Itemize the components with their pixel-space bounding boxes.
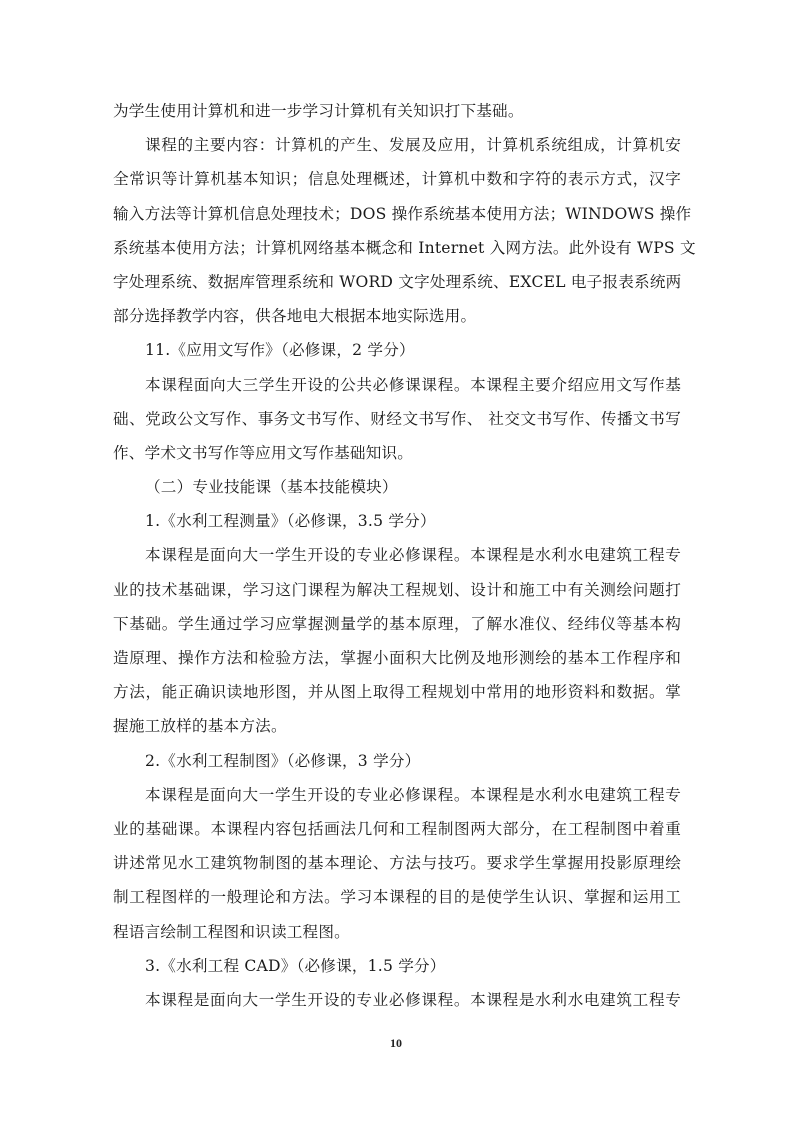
course-heading-surveying: 1.《水利工程测量》（必修课，3.5 学分） <box>113 504 681 538</box>
course-heading-applied-writing: 11.《应用文写作》（必修课，2 学分） <box>113 333 681 367</box>
body-line: 本课程是面向大一学生开设的专业必修课程。本课程是水利水电建筑工程专 <box>113 778 681 812</box>
body-line: 本课程面向大三学生开设的公共必修课课程。本课程主要介绍应用文写作基 <box>113 368 681 402</box>
body-line: 下基础。学生通过学习应掌握测量学的基本原理，了解水准仪、经纬仪等基本构 <box>113 607 681 641</box>
body-line: 输入方法等计算机信息处理技术；DOS 操作系统基本使用方法；WINDOWS 操作 <box>113 197 681 231</box>
document-page: 为学生使用计算机和进一步学习计算机有关知识打下基础。 课程的主要内容：计算机的产… <box>113 94 681 1017</box>
body-line: 系统基本使用方法；计算机网络基本概念和 Internet 入网方法。此外设有 W… <box>113 231 681 265</box>
body-line: 部分选择教学内容，供各地电大根据本地实际选用。 <box>113 299 681 333</box>
page-number: 10 <box>0 1036 792 1051</box>
body-line: 课程的主要内容：计算机的产生、发展及应用，计算机系统组成，计算机安 <box>113 128 681 162</box>
body-line: 握施工放样的基本方法。 <box>113 709 681 743</box>
body-line: 础、党政公文写作、事务文书写作、财经文书写作、 社交文书写作、传播文书写 <box>113 402 681 436</box>
body-line: 程语言绘制工程图和识读工程图。 <box>113 915 681 949</box>
body-line: 业的基础课。本课程内容包括画法几何和工程制图两大部分，在工程制图中着重 <box>113 812 681 846</box>
section-heading-professional-skills: （二）专业技能课（基本技能模块） <box>113 470 681 504</box>
body-line: 全常识等计算机基本知识；信息处理概述，计算机中数和字符的表示方式，汉字 <box>113 162 681 196</box>
body-line: 制工程图样的一般理论和方法。学习本课程的目的是使学生认识、掌握和运用工 <box>113 880 681 914</box>
course-heading-cad: 3.《水利工程 CAD》（必修课，1.5 学分） <box>113 949 681 983</box>
body-line: 造原理、操作方法和检验方法，掌握小面积大比例及地形测绘的基本工作程序和 <box>113 641 681 675</box>
body-line: 字处理系统、数据库管理系统和 WORD 文字处理系统、EXCEL 电子报表系统两 <box>113 265 681 299</box>
body-line: 讲述常见水工建筑物制图的基本理论、方法与技巧。要求学生掌握用投影原理绘 <box>113 846 681 880</box>
body-line: 本课程是面向大一学生开设的专业必修课程。本课程是水利水电建筑工程专 <box>113 983 681 1017</box>
body-line: 方法，能正确识读地形图，并从图上取得工程规划中常用的地形资料和数据。掌 <box>113 675 681 709</box>
body-line: 业的技术基础课，学习这门课程为解决工程规划、设计和施工中有关测绘问题打 <box>113 573 681 607</box>
course-heading-drafting: 2.《水利工程制图》（必修课，3 学分） <box>113 744 681 778</box>
body-line: 为学生使用计算机和进一步学习计算机有关知识打下基础。 <box>113 94 681 128</box>
body-line: 本课程是面向大一学生开设的专业必修课程。本课程是水利水电建筑工程专 <box>113 538 681 572</box>
body-line: 作、学术文书写作等应用文写作基础知识。 <box>113 436 681 470</box>
